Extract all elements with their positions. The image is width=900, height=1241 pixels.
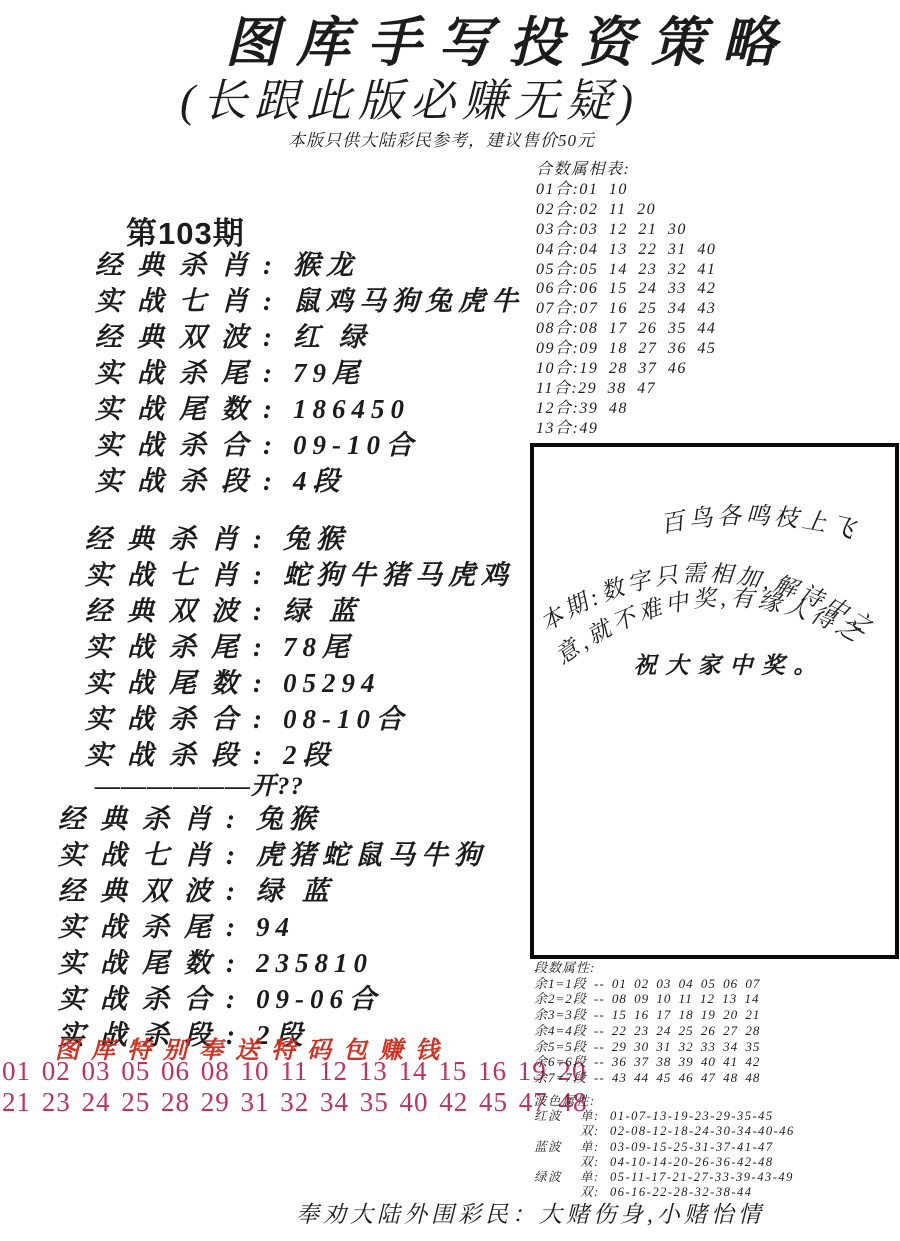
wave-color-table: 波色属性: 红波单:01-07-13-19-23-29-35-45 双:02-0…: [534, 1094, 795, 1200]
sum-zodiac-row: 12合:39 48: [536, 399, 716, 419]
prediction-row: 经典杀肖:兔猴: [58, 801, 487, 837]
prediction-label: 经典双波:: [85, 596, 277, 626]
prediction-row: 实战杀尾:94: [58, 909, 487, 945]
wave-numbers: 02-08-12-18-24-30-34-40-46: [610, 1124, 795, 1139]
prediction-label: 实战杀合:: [58, 984, 250, 1014]
sum-zodiac-row: 08合:08 17 26 35 44: [536, 319, 716, 339]
price-note: 本版只供大陆彩民参考，建议售价50元: [288, 126, 595, 151]
prediction-row: 实战尾数:05294: [85, 665, 514, 701]
prediction-value: 09-10合: [293, 430, 419, 460]
wave-name: 绿波: [534, 1170, 580, 1185]
prediction-value: 4段: [293, 466, 346, 496]
prediction-row: 经典杀肖:兔猴: [85, 521, 514, 557]
prediction-row: 实战七肖:虎猪蛇鼠马牛狗: [58, 837, 487, 873]
sum-zodiac-row: 02合:02 11 20: [536, 200, 716, 220]
prediction-label: 经典双波:: [58, 876, 250, 906]
prediction-row: 实战七肖:鼠鸡马狗兔虎牛: [95, 283, 524, 319]
segment-row: 余4=4段 -- 22 23 24 25 26 27 28: [534, 1023, 760, 1039]
prediction-label: 经典双波:: [95, 322, 287, 352]
blessing-text: 祝大家中奖。: [534, 647, 895, 680]
prediction-label: 实战尾数:: [58, 948, 250, 978]
prediction-label: 实战尾数:: [85, 668, 277, 698]
prediction-label: 实战七肖:: [58, 840, 250, 870]
wave-name: [534, 1155, 580, 1170]
sum-zodiac-title: 合数属相表:: [536, 160, 716, 180]
wave-color-row: 红波单:01-07-13-19-23-29-35-45: [534, 1109, 795, 1124]
prediction-label: 实战杀合:: [85, 704, 277, 734]
sum-zodiac-row: 03合:03 12 21 30: [536, 220, 716, 240]
prediction-row: 实战杀合:08-10合: [85, 701, 514, 737]
segment-row: 余1=1段 -- 01 02 03 04 05 06 07: [534, 976, 760, 992]
prediction-label: 经典杀肖:: [85, 524, 277, 554]
wave-color-row: 双:04-10-14-20-26-36-42-48: [534, 1155, 795, 1170]
prediction-row: 实战杀段:4段: [95, 463, 524, 499]
prediction-label: 实战杀合:: [95, 430, 287, 460]
prediction-label: 实战杀尾:: [85, 632, 277, 662]
prediction-row: 经典双波:绿 蓝: [85, 593, 514, 629]
prediction-value: 鼠鸡马狗兔虎牛: [293, 286, 524, 316]
parity-label: 单:: [580, 1140, 610, 1155]
prediction-row: 实战七肖:蛇狗牛猪马虎鸡: [85, 557, 514, 593]
prediction-value: 蛇狗牛猪马虎鸡: [283, 560, 514, 590]
segment-row: 余7=7段 -- 43 44 45 46 47 48 48: [534, 1070, 760, 1086]
prediction-value: 05294: [283, 668, 381, 698]
segment-title: 段数属性:: [534, 960, 760, 976]
prediction-value: 绿 蓝: [283, 596, 362, 626]
prediction-value: 兔猴: [256, 804, 322, 834]
segment-attribute-table: 段数属性: 余1=1段 -- 01 02 03 04 05 06 07 余2=2…: [534, 960, 760, 1086]
segment-row: 余6=6段 -- 36 37 38 39 40 41 42: [534, 1054, 760, 1070]
prediction-value: 09-06合: [256, 984, 382, 1014]
sum-zodiac-row: 10合:19 28 37 46: [536, 359, 716, 379]
prediction-section-1: 经典杀肖:猴龙 实战七肖:鼠鸡马狗兔虎牛 经典双波:红 绿 实战杀尾:79尾 实…: [95, 247, 524, 499]
sum-zodiac-row: 11合:29 38 47: [536, 379, 716, 399]
footer-warning: 奉劝大陆外围彩民：大赌伤身,小赌怡情: [296, 1196, 765, 1229]
prediction-row: 实战尾数:186450: [95, 391, 524, 427]
sum-zodiac-table: 合数属相表: 01合:01 10 02合:02 11 20 03合:03 12 …: [536, 160, 716, 439]
wave-numbers: 04-10-14-20-26-36-42-48: [610, 1155, 774, 1170]
prediction-row: 实战杀合:09-10合: [95, 427, 524, 463]
prediction-value: 兔猴: [283, 524, 349, 554]
segment-row: 余2=2段 -- 08 09 10 11 12 13 14: [534, 991, 760, 1007]
sum-zodiac-row: 04合:04 13 22 31 40: [536, 240, 716, 260]
prediction-value: 08-10合: [283, 704, 409, 734]
prediction-label: 实战杀尾:: [95, 358, 287, 388]
prediction-label: 实战尾数:: [95, 394, 287, 424]
prediction-section-3: 经典杀肖:兔猴 实战七肖:虎猪蛇鼠马牛狗 经典双波:绿 蓝 实战杀尾:94 实战…: [58, 801, 487, 1053]
prediction-label: 实战七肖:: [95, 286, 287, 316]
prediction-value: 虎猪蛇鼠马牛狗: [256, 840, 487, 870]
sum-zodiac-row: 01合:01 10: [536, 180, 716, 200]
prediction-row: 经典杀肖:猴龙: [95, 247, 524, 283]
svg-text:百鸟各鸣枝上飞: 百鸟各鸣枝上飞: [658, 502, 860, 544]
prediction-value: 绿 蓝: [256, 876, 335, 906]
parity-label: 单:: [580, 1109, 610, 1124]
wave-numbers: 05-11-17-21-27-33-39-43-49: [610, 1170, 794, 1185]
sum-zodiac-row: 13合:49: [536, 419, 716, 439]
sum-zodiac-row: 07合:07 16 25 34 43: [536, 299, 716, 319]
special-numbers-row-2: 21 23 24 25 28 29 31 32 34 35 40 42 45 4…: [2, 1087, 588, 1118]
wave-color-title: 波色属性:: [534, 1094, 795, 1109]
wave-name: 蓝波: [534, 1140, 580, 1155]
prediction-label: 实战杀尾:: [58, 912, 250, 942]
special-numbers-row-1: 01 02 03 05 06 08 10 11 12 13 14 15 16 1…: [2, 1056, 588, 1087]
open-placeholder: ——————开??: [95, 766, 304, 802]
page: 图库手写投资策略 (长跟此版必赚无疑) 本版只供大陆彩民参考，建议售价50元 第…: [0, 0, 900, 1241]
prediction-value: 猴龙: [293, 250, 359, 280]
sum-zodiac-row: 05合:05 14 23 32 41: [536, 260, 716, 280]
prediction-value: 186450: [293, 394, 410, 424]
prediction-value: 235810: [256, 948, 373, 978]
parity-label: 单:: [580, 1170, 610, 1185]
poem-line-1: 百鸟各鸣枝上飞: [658, 502, 860, 544]
wave-numbers: 03-09-15-25-31-37-41-47: [610, 1140, 774, 1155]
wave-color-row: 双:02-08-12-18-24-30-34-40-46: [534, 1124, 795, 1139]
prediction-row: 实战杀尾:78尾: [85, 629, 514, 665]
prediction-row: 经典双波:红 绿: [95, 319, 524, 355]
parity-label: 双:: [580, 1124, 610, 1139]
prediction-value: 红 绿: [293, 322, 372, 352]
page-subtitle: (长跟此版必赚无疑): [180, 64, 640, 129]
prediction-row: 实战尾数:235810: [58, 945, 487, 981]
prediction-label: 经典杀肖:: [95, 250, 287, 280]
parity-label: 双:: [580, 1155, 610, 1170]
wave-name: 红波: [534, 1109, 580, 1124]
curved-verse-graphic: 百鸟各鸣枝上飞 本期:数字只需相加,解诗中之 意,就不难中奖,有缘人得之: [534, 447, 895, 747]
segment-row: 余5=5段 -- 29 30 31 32 33 34 35: [534, 1039, 760, 1055]
prediction-row: 实战杀合:09-06合: [58, 981, 487, 1017]
prediction-label: 实战七肖:: [85, 560, 277, 590]
sum-zodiac-row: 09合:09 18 27 36 45: [536, 339, 716, 359]
wave-name: [534, 1124, 580, 1139]
prediction-value: 94: [256, 912, 295, 942]
wave-color-row: 蓝波单:03-09-15-25-31-37-41-47: [534, 1140, 795, 1155]
prediction-row: 实战杀尾:79尾: [95, 355, 524, 391]
prediction-label: 实战杀段:: [95, 466, 287, 496]
special-numbers: 01 02 03 05 06 08 10 11 12 13 14 15 16 1…: [2, 1056, 588, 1118]
prediction-section-2: 经典杀肖:兔猴 实战七肖:蛇狗牛猪马虎鸡 经典双波:绿 蓝 实战杀尾:78尾 实…: [85, 521, 514, 773]
sum-zodiac-row: 06合:06 15 24 33 42: [536, 279, 716, 299]
wave-color-row: 绿波单:05-11-17-21-27-33-39-43-49: [534, 1170, 795, 1185]
segment-row: 余3=3段 -- 15 16 17 18 19 20 21: [534, 1007, 760, 1023]
poem-box: 百鸟各鸣枝上飞 本期:数字只需相加,解诗中之 意,就不难中奖,有缘人得之 祝大家…: [530, 443, 899, 959]
prediction-value: 79尾: [293, 358, 365, 388]
prediction-row: 经典双波:绿 蓝: [58, 873, 487, 909]
prediction-value: 78尾: [283, 632, 355, 662]
wave-numbers: 01-07-13-19-23-29-35-45: [610, 1109, 774, 1124]
prediction-label: 经典杀肖:: [58, 804, 250, 834]
